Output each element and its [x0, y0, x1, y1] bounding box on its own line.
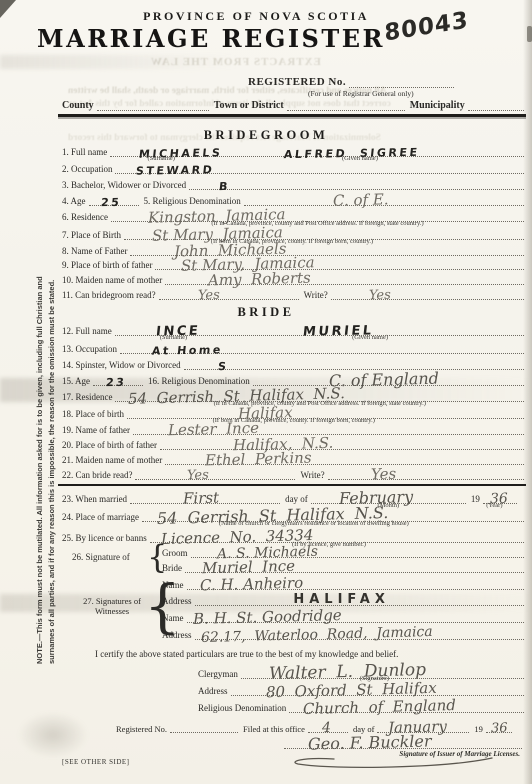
groom-mother-handwritten: Amy Roberts — [208, 271, 311, 289]
groom-religion-line: C. of E. — [244, 193, 524, 206]
groom-full-name-line: MICHAELS ALFRED SIGREE (Surname) (Given … — [110, 144, 524, 157]
marriage-register-page: EXTRACTS FROM THE LAW All notices and ce… — [0, 0, 532, 784]
bride-age-label: 15. Age — [62, 377, 93, 386]
when-day-handwritten: First — [182, 491, 218, 507]
municipality-line — [468, 98, 524, 111]
county-row: County Town or District Municipality — [62, 99, 524, 111]
filed-at-office-label: Filed at this office — [243, 725, 308, 734]
witness2-address-line: 62.17, Waterloo Road, Jamaica — [195, 627, 525, 640]
year-line: 36 (Year) — [483, 491, 517, 504]
clergyman-line: Walter L. Dunlop (Signature) — [241, 666, 524, 679]
bride-full-name-line: INCE MURIEL (Surname) (Given name) — [115, 323, 524, 336]
bride-write-handwritten: Yes — [371, 467, 397, 483]
signature-of-label: 26. Signature of — [72, 552, 130, 562]
town-line — [287, 98, 405, 111]
groom-age-handwritten: 25 — [100, 197, 122, 208]
witness1-name-line: C. H. Anheiro — [187, 577, 525, 590]
groom-status-label: 3. Bachelor, Widower or Divorced — [62, 181, 189, 190]
groom-occupation-handwritten: STEWARD — [135, 164, 215, 176]
section-rule — [58, 114, 526, 117]
bride-father-label: 19. Name of father — [62, 426, 133, 435]
field-bride-full-name: 12. Full name INCE MURIEL (Surname) (Giv… — [62, 324, 524, 336]
field-groom-birthplace: 7. Place of Birth St Mary Jamaica (If bo… — [62, 228, 524, 240]
bride-occupation-handwritten: At Home — [152, 344, 224, 356]
licence-line: Licence No. 34334 (If by licence, give n… — [150, 530, 524, 543]
registered-no-line — [349, 75, 454, 88]
bride-religion-label: 16. Religious Denomination — [148, 377, 253, 386]
groom-signature-label: Groom — [162, 549, 191, 558]
field-groom-status: 3. Bachelor, Widower or Divorced B — [62, 178, 524, 190]
field-witness2-address: Address 62.17, Waterloo Road, Jamaica — [162, 628, 524, 640]
groom-age-label: 4. Age — [62, 197, 89, 206]
witness-name-label: Name — [162, 581, 187, 590]
clergyman-label: Clergyman — [198, 670, 241, 679]
field-licence: 25. By licence or banns Licence No. 3433… — [62, 531, 524, 543]
clergyman-address-line: 80 Oxford St Halifax — [231, 683, 525, 696]
field-clergyman: Clergyman Walter L. Dunlop (Signature) — [198, 667, 524, 679]
field-witness1-address: Address HALIFAX — [162, 594, 524, 606]
groom-mother-label: 10. Maiden name of mother — [62, 276, 165, 285]
licence-label: 25. By licence or banns — [62, 534, 150, 543]
bride-occupation-line: At Home — [120, 341, 524, 354]
bride-age-line: 23 — [93, 373, 143, 386]
signature-flourish — [286, 753, 498, 771]
groom-religion-label: 5. Religious Denomination — [144, 197, 244, 206]
bride-mother-label: 21. Maiden name of mother — [62, 456, 165, 465]
groom-mother-line: Amy Roberts — [165, 272, 524, 285]
surname-sublabel: (Surname) — [160, 334, 187, 341]
groom-read-label: 11. Can bridegroom read? — [62, 291, 159, 300]
field-when-married: 23. When married First day of February (… — [62, 492, 524, 504]
field-bride-father: 19. Name of father Lester Ince — [62, 423, 524, 435]
groom-father-label: 8. Name of Father — [62, 247, 130, 256]
bride-read-label: 22. Can bride read? — [62, 471, 135, 480]
month-line: February (Month) — [311, 491, 466, 504]
groom-father-birthplace-line: St Mary, Jamaica — [155, 257, 524, 270]
when-day-line: First — [130, 491, 280, 504]
bride-write-line: Yes — [328, 467, 524, 480]
issuer-signature-line: Geo. F. Buckler — [284, 733, 522, 749]
clergyman-religion-label: Religious Denomination — [198, 704, 289, 713]
bride-status-handwritten: S — [217, 361, 229, 372]
bride-read-line: Yes — [135, 467, 295, 480]
field-bride-signature: Bride Muriel Ince — [162, 561, 524, 573]
witness1-name-handwritten: C. H. Anheiro — [200, 576, 303, 594]
witnesses-label: 27. Signatures of Witnesses — [68, 597, 156, 617]
groom-residence-line: Kingston Jamaica (If in Canada, province… — [111, 209, 524, 222]
municipality-label: Municipality — [410, 101, 468, 111]
place-sublabel: (Name of church or clergyman's residence… — [219, 520, 409, 527]
filing-registered-label: Registered No. — [116, 725, 170, 734]
scan-smudge — [18, 712, 88, 758]
field-witness2-name: Name B. H. St. Goodridge — [162, 611, 524, 623]
groom-occupation-label: 2. Occupation — [62, 165, 115, 174]
groom-father-birthplace-label: 9. Place of birth of father — [62, 261, 155, 270]
field-bride-birthplace: 18. Place of birth Halifax (If born in C… — [62, 407, 524, 419]
bride-read-handwritten: Yes — [187, 469, 209, 483]
margin-note-line1: NOTE.—This form must not be mutilated. A… — [34, 232, 46, 664]
field-clergyman-address: Address 80 Oxford St Halifax — [198, 684, 524, 696]
bride-status-line: S — [184, 357, 524, 370]
filing-year-prefix: 19 — [474, 725, 486, 734]
witness2-name-handwritten: B. H. St. Goodridge — [193, 608, 342, 627]
field-groom-full-name: 1. Full name MICHAELS ALFRED SIGREE (Sur… — [62, 145, 524, 157]
bride-full-name-label: 12. Full name — [62, 327, 115, 336]
field-bride-status: 14. Spinster, Widow or Divorced S — [62, 358, 524, 370]
clergyman-religion-handwritten: Church of England — [303, 698, 456, 717]
halifax-stamp: HALIFAX — [293, 592, 390, 607]
field-filing: Registered No. Filed at this office 4 da… — [116, 721, 524, 733]
filed-day-line: 4 — [308, 720, 348, 733]
field-groom-read-write: 11. Can bridegroom read? Yes Write? Yes — [62, 288, 524, 300]
clergyman-religion-line: Church of England — [289, 700, 524, 713]
year-sublabel: (Year) — [486, 502, 502, 509]
groom-signature-line: A. S. Michaels — [191, 545, 525, 558]
witness1-address-line: HALIFAX — [195, 593, 525, 606]
field-groom-age-religion: 4. Age 25 5. Religious Denomination C. o… — [62, 194, 524, 206]
page-edge-shadow — [523, 0, 532, 784]
groom-residence-label: 6. Residence — [62, 213, 111, 222]
page-title: MARRIAGE REGISTER — [0, 24, 422, 53]
registered-no-label: REGISTERED No. — [248, 77, 349, 88]
field-bride-mother: 21. Maiden name of mother Ethel Perkins — [62, 453, 524, 465]
groom-read-handwritten: Yes — [198, 289, 220, 303]
bride-mother-handwritten: Ethel Perkins — [205, 451, 312, 469]
groom-occupation-line: STEWARD — [115, 161, 524, 174]
bride-religion-line: C. of England — [253, 373, 524, 386]
groom-write-line: Yes — [331, 287, 524, 300]
bride-occupation-label: 13. Occupation — [62, 345, 120, 354]
place-of-marriage-label: 24. Place of marriage — [62, 513, 142, 522]
when-married-label: 23. When married — [62, 495, 130, 504]
bride-mother-line: Ethel Perkins — [165, 452, 524, 465]
place-of-marriage-line: 54 Gerrish St Halifax N.S. (Name of chur… — [142, 509, 524, 522]
filing-registered-line — [170, 720, 238, 733]
groom-write-label: Write? — [304, 291, 331, 300]
witness-address-label: Address — [162, 631, 195, 640]
filing-day-of-label: day of — [353, 725, 377, 734]
field-bride-read-write: 22. Can bride read? Yes Write? Yes — [62, 468, 524, 480]
county-label: County — [62, 101, 97, 111]
groom-write-handwritten: Yes — [369, 289, 391, 303]
day-of-label: day of — [285, 495, 311, 504]
edge-mark — [527, 26, 532, 42]
margin-note-line2: surnames of all parties, and if for any … — [46, 232, 58, 664]
field-groom-mother: 10. Maiden name of mother Amy Roberts — [62, 273, 524, 285]
groom-status-handwritten: B — [219, 181, 231, 192]
town-label: Town or District — [214, 101, 287, 111]
given-name-sublabel: (Given name) — [352, 334, 388, 341]
certification-statement: I certify the above stated particulars a… — [95, 649, 398, 659]
scan-smudge — [0, 55, 239, 69]
groom-birthplace-label: 7. Place of Birth — [62, 231, 124, 240]
field-clergyman-religion: Religious Denomination Church of England — [198, 701, 524, 713]
witness2-address-handwritten: 62.17, Waterloo Road, Jamaica — [201, 625, 433, 645]
bride-residence-label: 17. Residence — [62, 393, 115, 402]
county-line — [97, 98, 209, 111]
field-place-of-marriage: 24. Place of marriage 54 Gerrish St Hali… — [62, 510, 524, 522]
section-rule — [58, 484, 526, 486]
registrar-general-note: (For use of Registrar General only) — [308, 89, 414, 98]
bride-birthplace-label: 18. Place of birth — [62, 410, 127, 419]
bride-section-title: BRIDE — [0, 305, 532, 320]
bride-birthplace-line: Halifax (If born in Canada, province, co… — [127, 406, 524, 419]
bride-age-handwritten: 23 — [105, 377, 127, 388]
bride-father-birthplace-line: Halifax, N.S. — [160, 437, 524, 450]
field-groom-occupation: 2. Occupation STEWARD — [62, 162, 524, 174]
groom-full-name-label: 1. Full name — [62, 148, 110, 157]
groom-read-line: Yes — [159, 287, 299, 300]
bride-write-label: Write? — [300, 471, 327, 480]
bride-residence-line: 54 Gerrish St Halifax N.S. (If in Canada… — [115, 389, 524, 402]
year-prefix: 19 — [471, 495, 483, 504]
margin-note: NOTE.—This form must not be mutilated. A… — [34, 232, 58, 664]
witness-name-label: Name — [162, 614, 187, 623]
registered-no-row: REGISTERED No. — [248, 76, 454, 88]
groom-birthplace-line: St Mary Jamaica (If born in Canada, prov… — [124, 227, 524, 240]
bridegroom-section-title: BRIDEGROOM — [0, 128, 532, 143]
field-bride-age-religion: 15. Age 23 16. Religious Denomination C.… — [62, 374, 524, 386]
field-bride-residence: 17. Residence 54 Gerrish St Halifax N.S.… — [62, 390, 524, 402]
field-bride-occupation: 13. Occupation At Home — [62, 342, 524, 354]
bleedthrough-text: EXTRACTS FROM THE LAW — [150, 56, 321, 68]
field-groom-residence: 6. Residence Kingston Jamaica (If in Can… — [62, 210, 524, 222]
witness2-name-line: B. H. St. Goodridge — [187, 610, 525, 623]
filed-year-line: 36 — [486, 720, 512, 733]
groom-status-line: B — [189, 177, 524, 190]
groom-father-line: John Michaels — [130, 243, 524, 256]
see-other-side-note: [SEE OTHER SIDE] — [62, 758, 130, 766]
bride-status-label: 14. Spinster, Widow or Divorced — [62, 361, 184, 370]
clergyman-address-label: Address — [198, 687, 231, 696]
field-witness1-name: Name C. H. Anheiro — [162, 578, 524, 590]
issuer-signature-handwritten: Geo. F. Buckler — [308, 733, 432, 752]
witness-address-label: Address — [162, 597, 195, 606]
groom-religion-handwritten: C. of E. — [333, 192, 389, 208]
field-groom-signature: Groom A. S. Michaels — [162, 546, 524, 558]
groom-age-line: 25 — [89, 193, 139, 206]
bride-signature-line: Muriel Ince — [185, 560, 524, 573]
bride-father-birthplace-label: 20. Place of birth of father — [62, 441, 160, 450]
bride-religion-handwritten: C. of England — [328, 371, 438, 390]
